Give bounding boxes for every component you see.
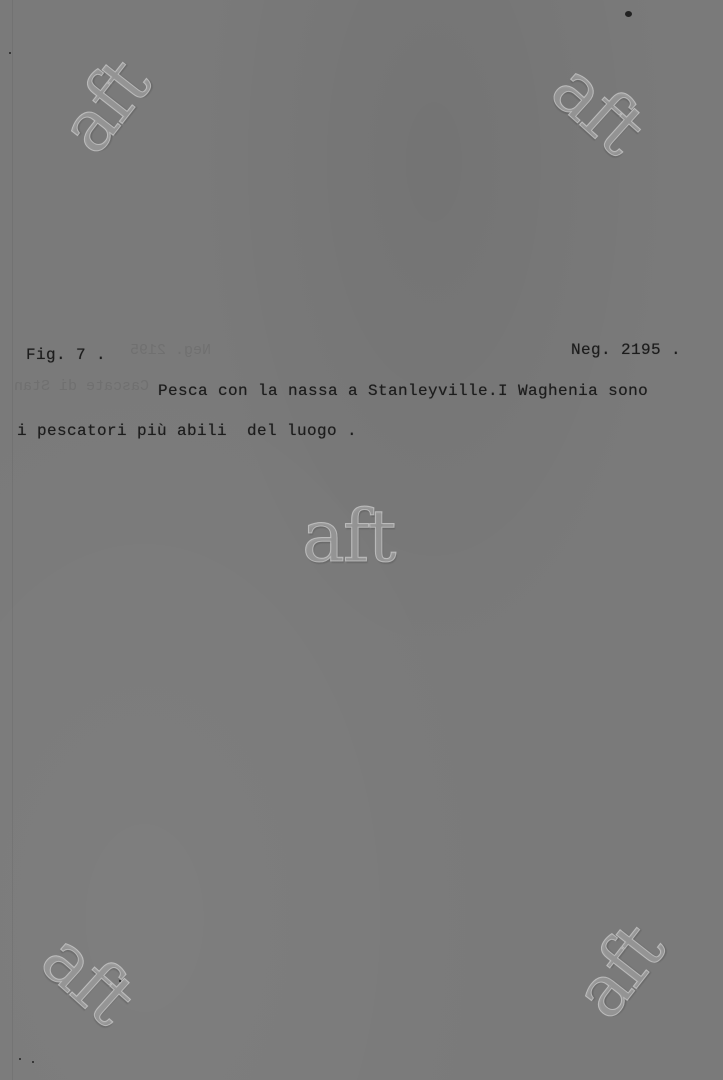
dust-speck <box>119 980 121 982</box>
dust-speck <box>32 1061 34 1063</box>
dust-speck <box>9 52 11 54</box>
dust-speck <box>625 11 632 17</box>
bleed-through-negative: Neg. 2195 <box>130 342 211 359</box>
caption-line-2: i pescatori più abili del luogo . <box>17 422 357 440</box>
figure-label: Fig. 7 . <box>26 346 106 364</box>
bleed-through-caption: Cascate di Stan <box>14 378 149 395</box>
negative-number: Neg. 2195 . <box>571 341 681 359</box>
paper-edge-line <box>12 0 13 1080</box>
dust-speck <box>19 1058 21 1060</box>
watermark-center: aft <box>302 500 395 572</box>
caption-line-1: Pesca con la nassa a Stanleyville.I Wagh… <box>158 382 648 400</box>
